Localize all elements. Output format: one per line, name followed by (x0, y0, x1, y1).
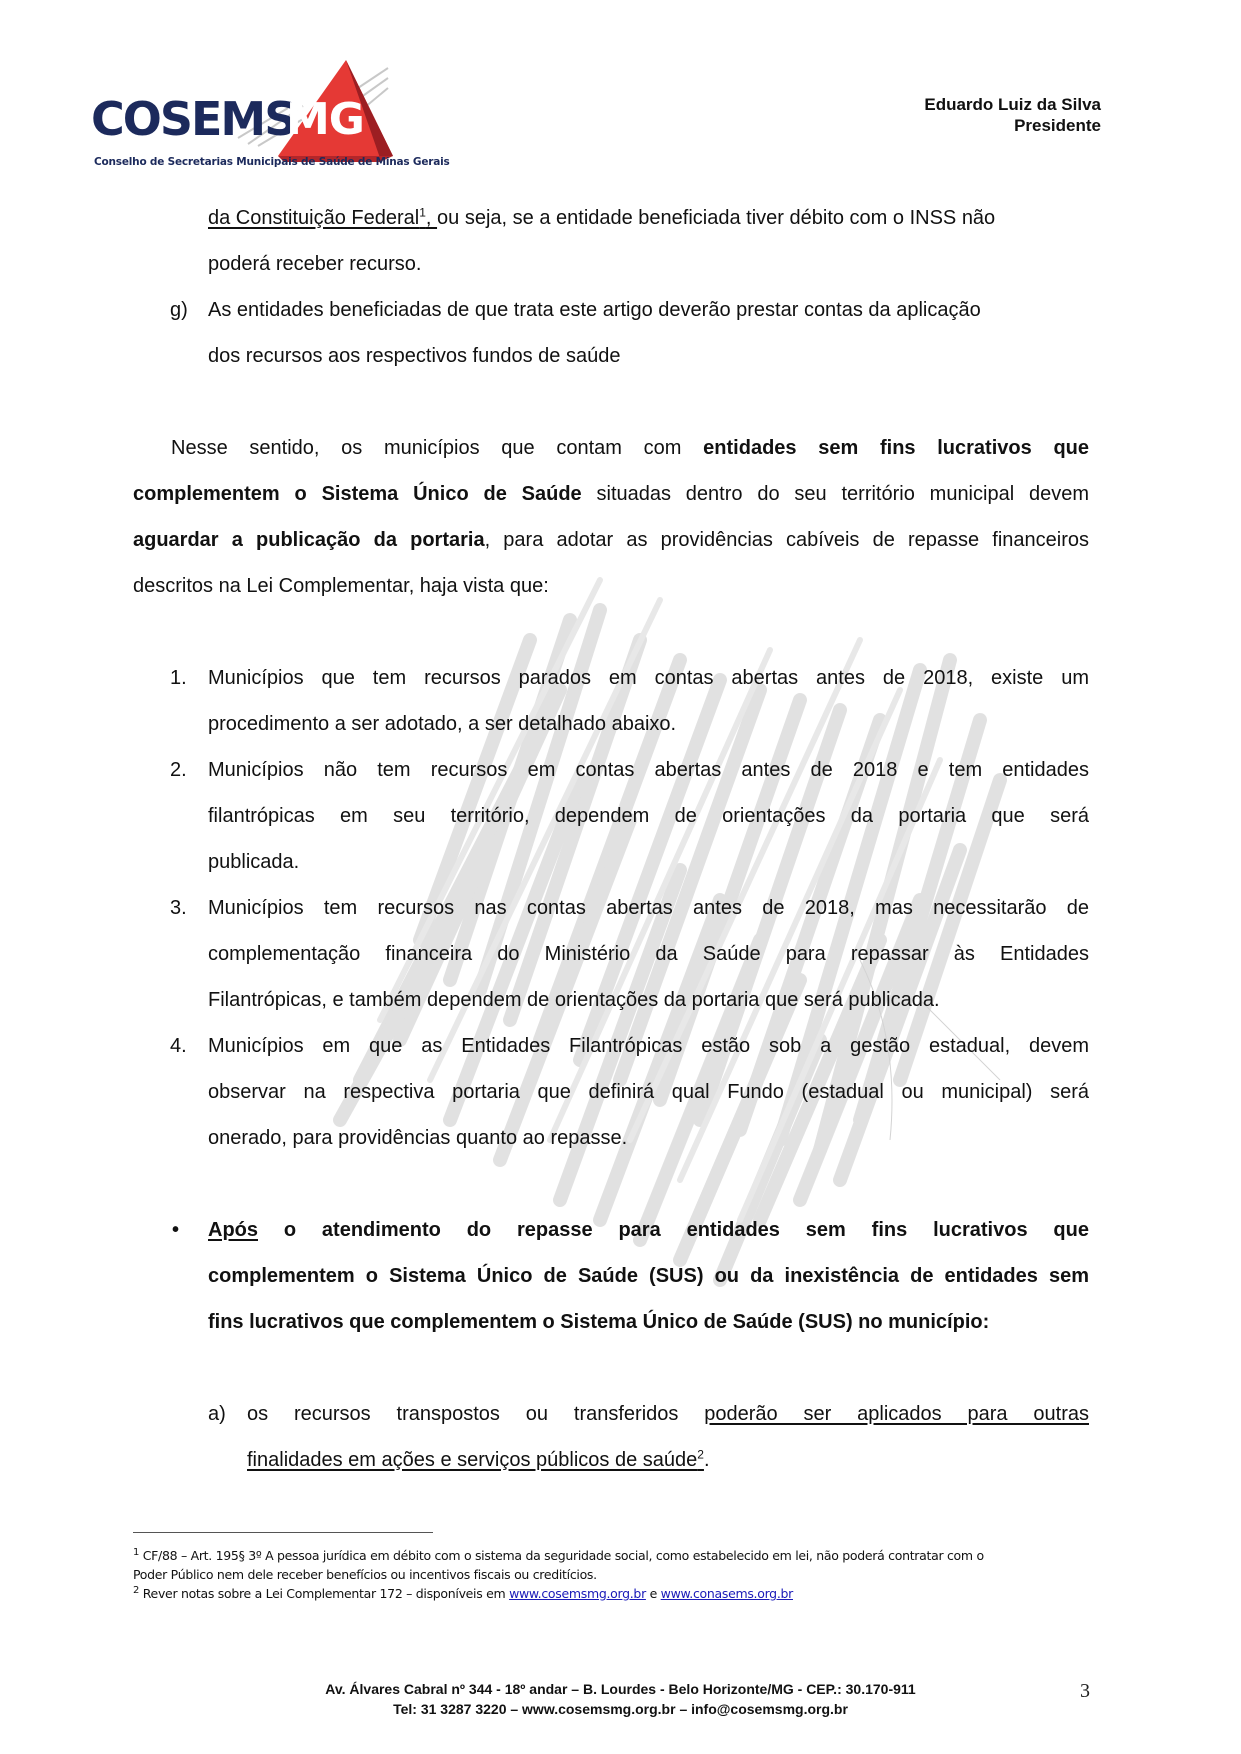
signatory-role: Presidente (924, 115, 1101, 136)
list-marker: 3. (170, 896, 187, 920)
paragraph-line-3: aguardar a publicação da portaria, para … (133, 528, 1089, 552)
paragraph-line-2: complementem o Sistema Único de Saúde si… (133, 482, 1089, 506)
list-line: Municípios que tem recursos parados em c… (208, 666, 1089, 690)
item-a-marker: a) (208, 1402, 226, 1426)
list-line: Municípios não tem recursos em contas ab… (208, 758, 1089, 782)
bullet-line-1: Após o atendimento do repasse para entid… (208, 1218, 1089, 1242)
logo-mg-letters: MG (286, 94, 364, 145)
item-a-line-2: finalidades em ações e serviços públicos… (247, 1448, 710, 1472)
logo-subtitle: Conselho de Secretarias Municipais de Sa… (94, 156, 450, 168)
bullet-marker: • (172, 1218, 179, 1242)
footnote-1: 1 CF/88 – Art. 195§ 3º A pessoa jurídica… (133, 1546, 1103, 1565)
signatory-name: Eduardo Luiz da Silva (924, 94, 1101, 115)
page-number: 3 (1080, 1680, 1090, 1703)
list-line: filantrópicas em seu território, depende… (208, 804, 1089, 828)
cosemsmg-link[interactable]: www.cosemsmg.org.br (509, 1586, 646, 1601)
footnote-2: 2 Rever notas sobre a Lei Complementar 1… (133, 1584, 1103, 1603)
list-line: publicada. (208, 850, 299, 874)
constitution-reference: da Constituição Federal1, (208, 207, 437, 229)
list-marker: 2. (170, 758, 187, 782)
paragraph-line-4: descritos na Lei Complementar, haja vist… (133, 574, 549, 598)
item-g-line-1: As entidades beneficiadas de que trata e… (208, 298, 981, 322)
footnote-1-line-2: Poder Público nem dele receber benefício… (133, 1565, 1103, 1584)
list-line: onerado, para providências quanto ao rep… (208, 1126, 627, 1150)
list-line: procedimento a ser adotado, a ser detalh… (208, 712, 676, 736)
list-marker: 1. (170, 666, 187, 690)
footnote-ref-1[interactable]: 1 (419, 205, 426, 219)
logo-wordmark: COSEMS (91, 92, 295, 146)
paragraph-line-1: Nesse sentido, os municípios que contam … (171, 436, 1089, 460)
list-line: Municípios em que as Entidades Filantróp… (208, 1034, 1089, 1058)
item-g-line-2: dos recursos aos respectivos fundos de s… (208, 344, 620, 368)
list-line: Municípios tem recursos nas contas abert… (208, 896, 1089, 920)
footnote-ref-2[interactable]: 2 (697, 1447, 704, 1461)
continuation-line-2: poderá receber recurso. (208, 252, 421, 276)
bullet-line-2: complementem o Sistema Único de Saúde (S… (208, 1264, 1089, 1288)
item-g-marker: g) (170, 298, 188, 322)
item-a-line-1: os recursos transpostos ou transferidos … (247, 1402, 1089, 1426)
conasems-link[interactable]: www.conasems.org.br (661, 1586, 793, 1601)
footnote-separator (133, 1532, 433, 1533)
list-marker: 4. (170, 1034, 187, 1058)
signatory-block: Eduardo Luiz da Silva Presidente (924, 94, 1101, 136)
list-line: complementação financeira do Ministério … (208, 942, 1089, 966)
footer-contact: Tel: 31 3287 3220 – www.cosemsmg.org.br … (0, 1700, 1241, 1719)
list-line: observar na respectiva portaria que defi… (208, 1080, 1089, 1104)
list-line: Filantrópicas, e também dependem de orie… (208, 988, 940, 1012)
footer-address: Av. Álvares Cabral nº 344 - 18º andar – … (0, 1680, 1241, 1699)
bullet-line-3: fins lucrativos que complementem o Siste… (208, 1310, 989, 1334)
cosems-mg-logo: COSEMS MG Conselho de Secretarias Munici… (88, 58, 448, 178)
document-page: COSEMS MG Conselho de Secretarias Munici… (0, 0, 1241, 1754)
continuation-line-1: da Constituição Federal1, ou seja, se a … (208, 206, 1088, 230)
